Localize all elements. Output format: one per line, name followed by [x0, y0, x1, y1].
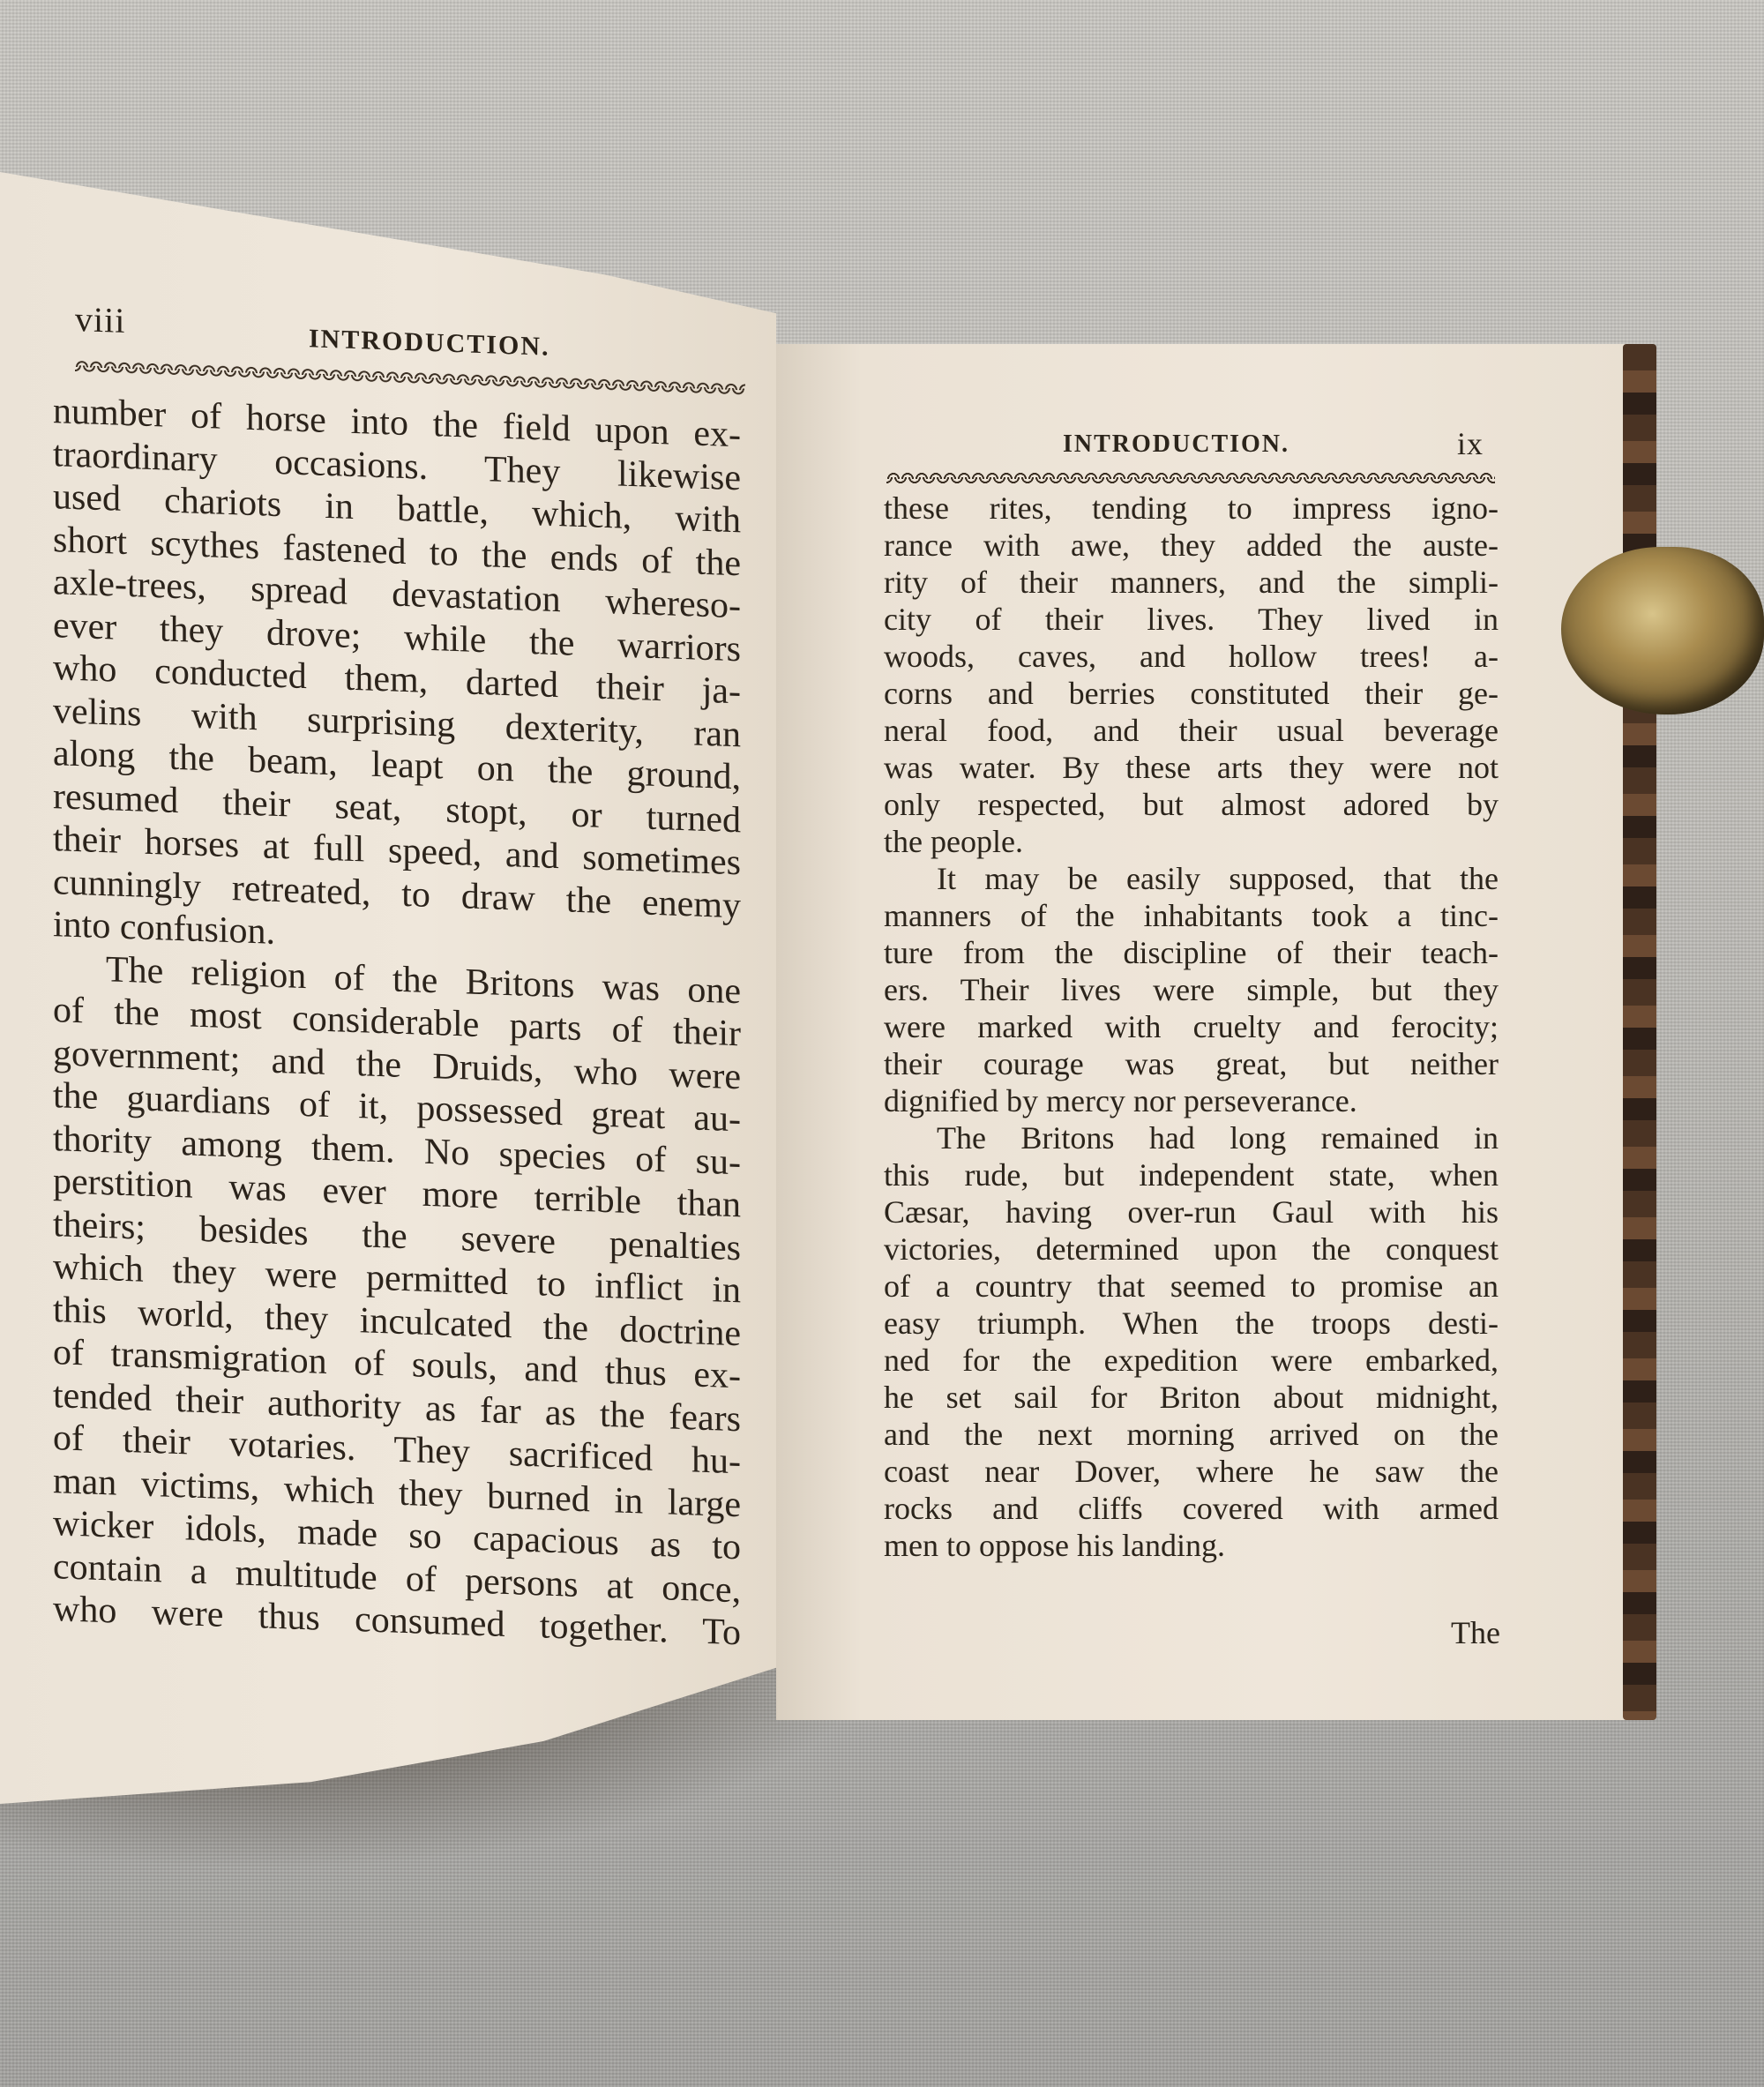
text-line: men to oppose his landing. [884, 1527, 1499, 1564]
right-page-body: these rites, tending to impress igno- ra… [884, 490, 1499, 1564]
text-line: corns and berries constituted their ge- [884, 675, 1499, 712]
left-page-number: viii [75, 298, 125, 341]
text-line: manners of the inhabitants took a tinc- [884, 897, 1499, 934]
text-line: easy triumph. When the troops desti- [884, 1305, 1499, 1342]
text-line: their courage was great, but neither [884, 1045, 1499, 1082]
text-line: only respected, but almost adored by [884, 786, 1499, 823]
text-line: city of their lives. They lived in [884, 601, 1499, 638]
text-line: dignified by mercy nor perseverance. [884, 1082, 1499, 1119]
text-line: rance with awe, they added the auste- [884, 527, 1499, 564]
text-line: of a country that seemed to promise an [884, 1268, 1499, 1305]
brass-page-weight [1561, 547, 1764, 714]
text-line: the people. [884, 823, 1499, 860]
paragraph-start-line: The Britons had long remained in [884, 1119, 1499, 1156]
text-line: this rude, but independent state, when [884, 1156, 1499, 1193]
text-line: neral food, and their usual beverage [884, 712, 1499, 749]
paragraph-start-line: It may be easily supposed, that the [884, 860, 1499, 897]
text-line: victories, determined upon the conquest [884, 1231, 1499, 1268]
text-line: Cæsar, having over-run Gaul with his [884, 1193, 1499, 1231]
text-line: coast near Dover, where he saw the [884, 1453, 1499, 1490]
text-line: ture from the discipline of their teach- [884, 934, 1499, 971]
text-line: ned for the expedition were embarked, [884, 1342, 1499, 1379]
text-line: these rites, tending to impress igno- [884, 490, 1499, 527]
text-line: ers. Their lives were simple, but they [884, 971, 1499, 1008]
left-page: viii INTRODUCTION. number of horse into … [0, 172, 776, 1831]
text-line: rity of their manners, and the simpli- [884, 564, 1499, 601]
left-page-body: number of horse into the field upon ex- … [53, 390, 741, 1655]
right-running-head: INTRODUCTION. [1063, 430, 1289, 459]
text-line: woods, caves, and hollow trees! a- [884, 638, 1499, 675]
left-running-head: INTRODUCTION. [309, 324, 550, 363]
text-line: rocks and cliffs covered with armed [884, 1490, 1499, 1527]
text-line: he set sail for Briton about midnight, [884, 1379, 1499, 1416]
text-line: was water. By these arts they were not [884, 749, 1499, 786]
ornamental-rule [886, 472, 1495, 484]
text-line: were marked with cruelty and ferocity; [884, 1008, 1499, 1045]
right-catchword: The [1451, 1614, 1500, 1651]
text-line: and the next morning arrived on the [884, 1416, 1499, 1453]
right-page-number: ix [1457, 425, 1484, 462]
ornamental-rule [75, 360, 745, 396]
